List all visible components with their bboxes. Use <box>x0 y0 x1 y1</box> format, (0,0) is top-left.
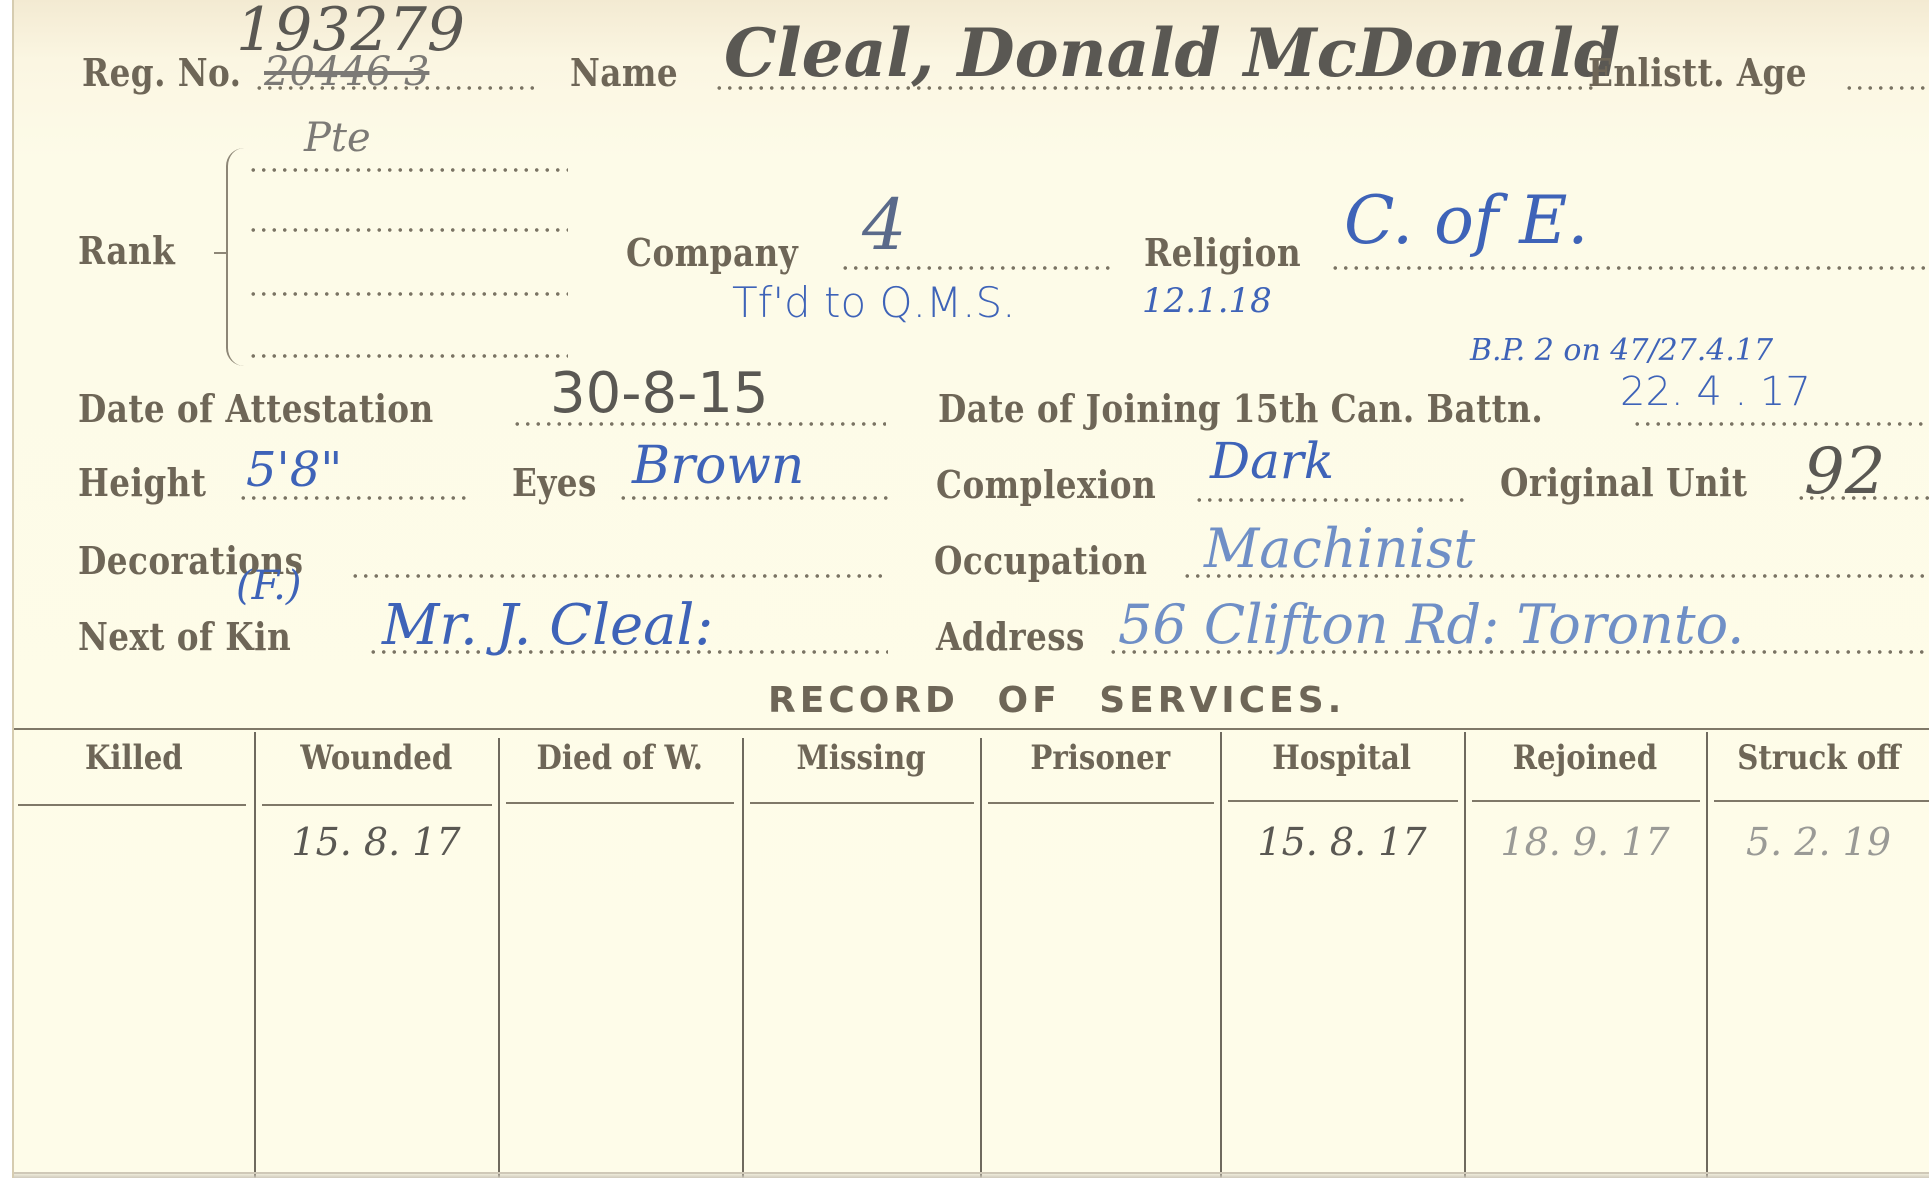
next-of-kin-relation: (F.) <box>236 566 301 606</box>
header-underline <box>506 802 734 804</box>
joining-dotted-line <box>1632 422 1929 426</box>
column-divider <box>742 738 744 1178</box>
complexion-label: Complexion <box>936 462 1156 507</box>
rank-line-3 <box>248 292 568 296</box>
column-header-killed: Killed <box>14 738 254 778</box>
religion-label: Religion <box>1144 230 1301 275</box>
column-divider <box>1464 732 1466 1178</box>
joining-label: Date of Joining 15th Can. Battn. <box>938 386 1543 431</box>
occupation-label: Occupation <box>934 538 1147 583</box>
rank-line-1 <box>248 168 568 172</box>
header-underline <box>1472 800 1700 802</box>
bp-note: B.P. 2 on 47/27.4.17 <box>1470 336 1773 366</box>
next-of-kin-value: Mr. J. Cleal: <box>382 598 713 654</box>
decorations-dotted-line <box>350 574 888 578</box>
column-divider <box>498 738 500 1178</box>
occupation-value: Machinist <box>1204 522 1475 576</box>
header-underline <box>262 804 492 806</box>
company-label: Company <box>626 230 798 275</box>
original-unit-value: 92 <box>1804 440 1885 504</box>
reg-no-label: Reg. No. <box>82 50 241 95</box>
next-of-kin-label: Next of Kin <box>78 614 291 659</box>
enlist-age-dotted-line <box>1844 86 1929 90</box>
hospital-value: 15. 8. 17 <box>1220 820 1464 864</box>
address-value: 56 Clifton Rd: Toronto. <box>1118 598 1744 652</box>
complexion-value: Dark <box>1210 436 1334 486</box>
service-record-card: Reg. No. 20446 3 193279 Pte Name Cleal, … <box>12 0 1929 1178</box>
name-label: Name <box>570 50 678 95</box>
enlist-age-label: Enlistt. Age <box>1588 50 1807 95</box>
reg-no-corrected: 193279 <box>236 0 465 60</box>
column-divider <box>980 738 982 1178</box>
eyes-dotted-line <box>618 496 888 500</box>
joining-value: 22. 4 . 17 <box>1620 372 1811 412</box>
column-divider <box>1220 732 1222 1178</box>
rank-line-2 <box>248 228 568 232</box>
eyes-value: Brown <box>632 440 804 492</box>
table-bottom-edge <box>14 1172 1929 1174</box>
wounded-value: 15. 8. 17 <box>254 820 498 864</box>
column-divider <box>1706 732 1708 1178</box>
column-header-hospital: Hospital <box>1220 738 1464 778</box>
column-header-died-of-wounds: Died of W. <box>498 738 742 778</box>
religion-value: C. of E. <box>1344 188 1588 254</box>
column-divider <box>254 732 256 1178</box>
column-header-struck-off: Struck off <box>1706 738 1929 778</box>
company-transfer-date: 12.1.18 <box>1142 284 1272 318</box>
company-value: 4 <box>862 190 907 260</box>
rank-brace-tip <box>214 252 228 254</box>
rank-annotation: Pte <box>304 118 371 158</box>
column-header-rejoined: Rejoined <box>1464 738 1706 778</box>
company-dotted-line <box>840 266 1116 270</box>
attestation-value: 30-8-15 <box>550 366 769 422</box>
complexion-dotted-line <box>1194 498 1468 502</box>
struck-off-value: 5. 2. 19 <box>1706 820 1929 864</box>
header-underline <box>1228 800 1458 802</box>
name-value: Cleal, Donald McDonald <box>724 20 1620 86</box>
header-underline <box>750 802 974 804</box>
rank-line-4 <box>248 354 568 358</box>
header-underline <box>1714 800 1929 802</box>
religion-dotted-line <box>1330 266 1929 270</box>
company-transfer-note: Tf'd to Q.M.S. <box>732 282 1016 324</box>
height-label: Height <box>78 460 206 505</box>
rank-brace <box>226 148 246 366</box>
attestation-label: Date of Attestation <box>78 386 434 431</box>
record-of-services-heading: RECORD OF SERVICES. <box>768 680 1345 721</box>
rank-label: Rank <box>78 228 175 273</box>
rejoined-value: 18. 9. 17 <box>1464 820 1706 864</box>
height-value: 5'8" <box>246 446 342 494</box>
address-label: Address <box>936 614 1085 659</box>
header-underline <box>18 804 246 806</box>
column-header-missing: Missing <box>742 738 980 778</box>
column-header-wounded: Wounded <box>254 738 498 778</box>
original-unit-label: Original Unit <box>1500 460 1747 505</box>
header-underline <box>988 802 1214 804</box>
table-top-rule <box>14 728 1929 730</box>
column-header-prisoner: Prisoner <box>980 738 1220 778</box>
eyes-label: Eyes <box>512 460 597 505</box>
